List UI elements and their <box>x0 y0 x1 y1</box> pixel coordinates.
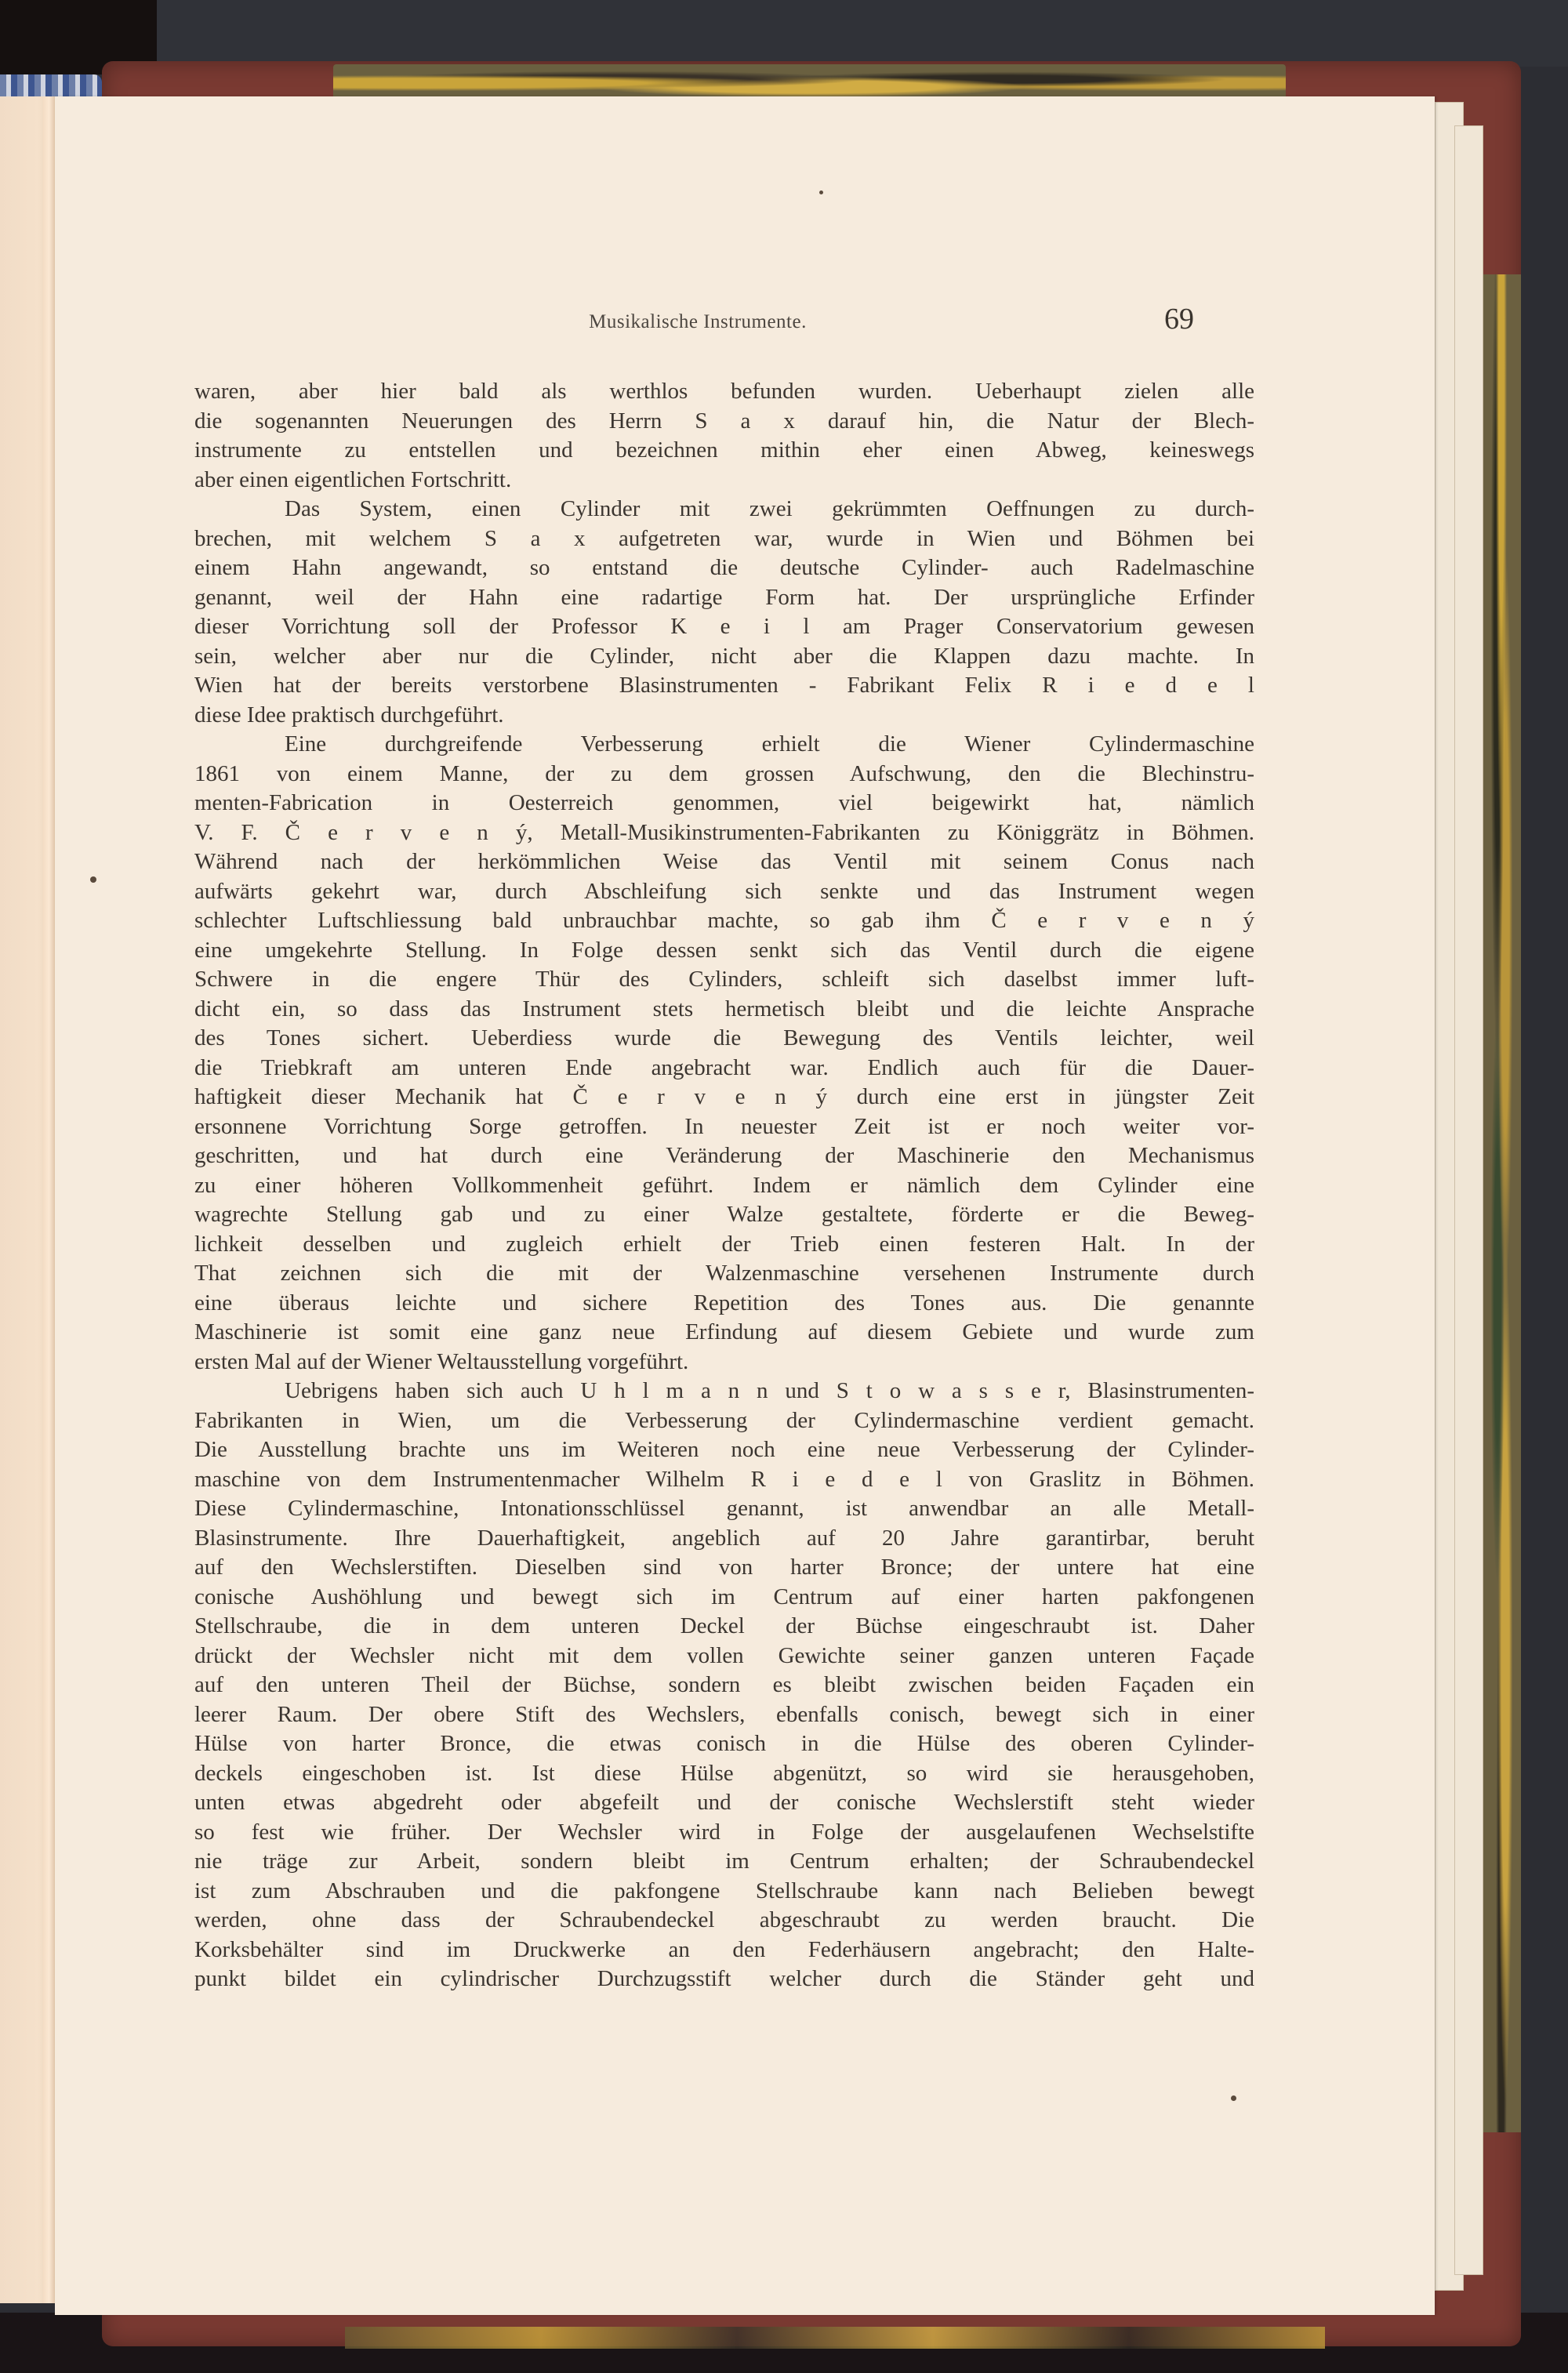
text-line: sein, welcher aber nur die Cylinder, nic… <box>194 642 1254 672</box>
gutter <box>43 96 55 2303</box>
text-line: That zeichnen sich die mit der Walzenmas… <box>194 1259 1254 1289</box>
page-stack-edge <box>1454 125 1483 2275</box>
text-line: 1861 von einem Manne, der zu dem grossen… <box>194 760 1254 789</box>
paper-speck <box>90 876 96 883</box>
text-line: Hülse von harter Bronce, die etwas conis… <box>194 1729 1254 1759</box>
running-head: Musikalische Instrumente. 69 <box>55 311 1435 343</box>
backdrop <box>157 0 1568 67</box>
text-line: Das System, einen Cylinder mit zwei gekr… <box>194 495 1254 524</box>
text-line: Maschinerie ist somit eine ganz neue Erf… <box>194 1318 1254 1348</box>
text-line: aufwärts gekehrt war, durch Abschleifung… <box>194 877 1254 907</box>
marbled-board-right <box>1482 274 1521 2132</box>
text-line: ist zum Abschrauben und die pakfongene S… <box>194 1877 1254 1907</box>
text-line: des Tones sichert. Ueberdiess wurde die … <box>194 1024 1254 1054</box>
text-line: conische Aushöhlung und bewegt sich im C… <box>194 1583 1254 1613</box>
book-page: Musikalische Instrumente. 69 waren, aber… <box>55 96 1435 2315</box>
text-line: Die Ausstellung brachte uns im Weiteren … <box>194 1435 1254 1465</box>
text-line: waren, aber hier bald als werthlos befun… <box>194 377 1254 407</box>
body-text: waren, aber hier bald als werthlos befun… <box>194 377 1254 1994</box>
text-line: Diese Cylindermaschine, Intonationsschlü… <box>194 1494 1254 1524</box>
text-line: schlechter Luftschliessung bald unbrauch… <box>194 906 1254 936</box>
text-line: leerer Raum. Der obere Stift des Wechsle… <box>194 1700 1254 1730</box>
text-line: dieser Vorrichtung soll der Professor K … <box>194 612 1254 642</box>
text-line: diese Idee praktisch durchgeführt. <box>194 701 1254 731</box>
text-line: Stellschraube, die in dem unteren Deckel… <box>194 1612 1254 1642</box>
text-line: ersonnene Vorrichtung Sorge getroffen. I… <box>194 1112 1254 1142</box>
text-line: eine umgekehrte Stellung. In Folge desse… <box>194 936 1254 966</box>
text-line: instrumente zu entstellen und bezeichnen… <box>194 436 1254 466</box>
text-line: Fabrikanten in Wien, um die Verbesserung… <box>194 1406 1254 1436</box>
text-line: so fest wie früher. Der Wechsler wird in… <box>194 1818 1254 1848</box>
text-line: Korksbehälter sind im Druckwerke an den … <box>194 1936 1254 1965</box>
text-line: dicht ein, so dass das Instrument stets … <box>194 995 1254 1025</box>
text-line: genannt, weil der Hahn eine radartige Fo… <box>194 583 1254 613</box>
text-line: die Triebkraft am unteren Ende angebrach… <box>194 1054 1254 1083</box>
text-line: wagrechte Stellung gab und zu einer Walz… <box>194 1200 1254 1230</box>
text-line: Wien hat der bereits verstorbene Blasins… <box>194 671 1254 701</box>
text-line: drückt der Wechsler nicht mit dem vollen… <box>194 1642 1254 1671</box>
text-line: Uebrigens haben sich auch U h l m a n n … <box>194 1377 1254 1406</box>
page-number: 69 <box>1164 302 1194 336</box>
text-line: Eine durchgreifende Verbesserung erhielt… <box>194 730 1254 760</box>
text-line: Blasinstrumente. Ihre Dauerhaftigkeit, a… <box>194 1524 1254 1554</box>
text-line: haftigkeit dieser Mechanik hat Č e r v e… <box>194 1083 1254 1112</box>
text-line: zu einer höheren Vollkommenheit geführt.… <box>194 1171 1254 1201</box>
text-line: aber einen eigentlichen Fortschritt. <box>194 466 1254 495</box>
text-line: maschine von dem Instrumentenmacher Wilh… <box>194 1465 1254 1495</box>
paper-speck <box>819 190 823 194</box>
text-line: menten-Fabrication in Oesterreich genomm… <box>194 789 1254 818</box>
text-line: einem Hahn angewandt, so entstand die de… <box>194 553 1254 583</box>
running-title: Musikalische Instrumente. <box>416 311 980 333</box>
text-line: geschritten, und hat durch eine Veränder… <box>194 1141 1254 1171</box>
text-line: eine überaus leichte und sichere Repetit… <box>194 1289 1254 1319</box>
text-line: brechen, mit welchem S a x aufgetreten w… <box>194 524 1254 554</box>
text-line: nie träge zur Arbeit, sondern bleibt im … <box>194 1847 1254 1877</box>
text-line: die sogenannten Neuerungen des Herrn S a… <box>194 407 1254 437</box>
text-line: auf den Wechslerstiften. Dieselben sind … <box>194 1553 1254 1583</box>
text-line: punkt bildet ein cylindrischer Durchzugs… <box>194 1965 1254 1994</box>
text-line: Während nach der herkömmlichen Weise das… <box>194 847 1254 877</box>
text-line: V. F. Č e r v e n ý, Metall-Musikinstrum… <box>194 818 1254 848</box>
text-line: Schwere in die engere Thür des Cylinders… <box>194 965 1254 995</box>
text-line: werden, ohne dass der Schraubendeckel ab… <box>194 1906 1254 1936</box>
text-line: lichkeit desselben und zugleich erhielt … <box>194 1230 1254 1260</box>
text-line: unten etwas abgedreht oder abgefeilt und… <box>194 1788 1254 1818</box>
text-line: deckels eingeschoben ist. Ist diese Hüls… <box>194 1759 1254 1789</box>
paper-speck <box>1231 2095 1236 2101</box>
text-line: auf den unteren Theil der Büchse, sonder… <box>194 1671 1254 1700</box>
marbled-board-bottom <box>345 2327 1325 2349</box>
text-line: ersten Mal auf der Wiener Weltausstellun… <box>194 1348 1254 1377</box>
